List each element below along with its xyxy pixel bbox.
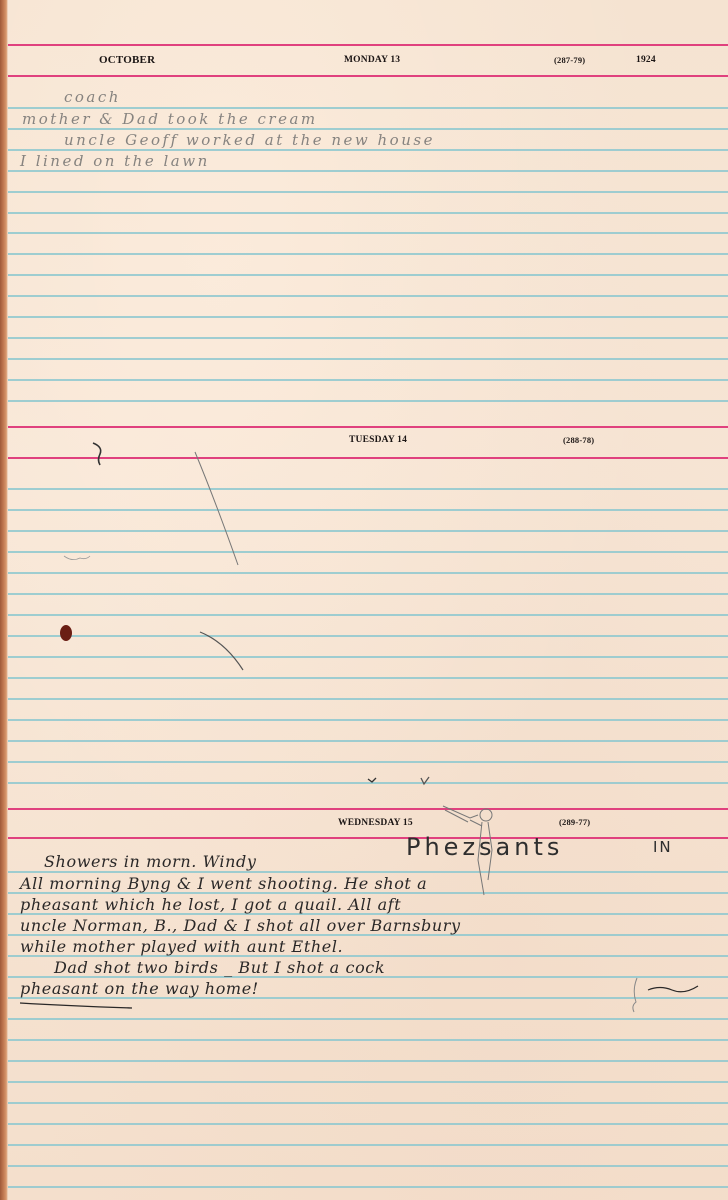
tick-mark — [368, 778, 376, 782]
diary-page: OCTOBER MONDAY 13 (287-79) 1924 coach mo… — [0, 0, 728, 1200]
ink-blot-icon — [60, 625, 72, 641]
hunter-figure-sketch-icon — [443, 806, 492, 895]
pencil-mark — [64, 556, 90, 560]
pencil-mark — [195, 452, 238, 565]
pencil-mark — [93, 443, 101, 465]
underline-mark — [648, 986, 698, 992]
pencil-mark — [200, 632, 243, 670]
page-marks — [0, 0, 728, 1200]
tick-mark — [421, 777, 429, 784]
pencil-bracket-mark — [633, 978, 637, 1012]
underline-mark — [20, 1003, 132, 1008]
